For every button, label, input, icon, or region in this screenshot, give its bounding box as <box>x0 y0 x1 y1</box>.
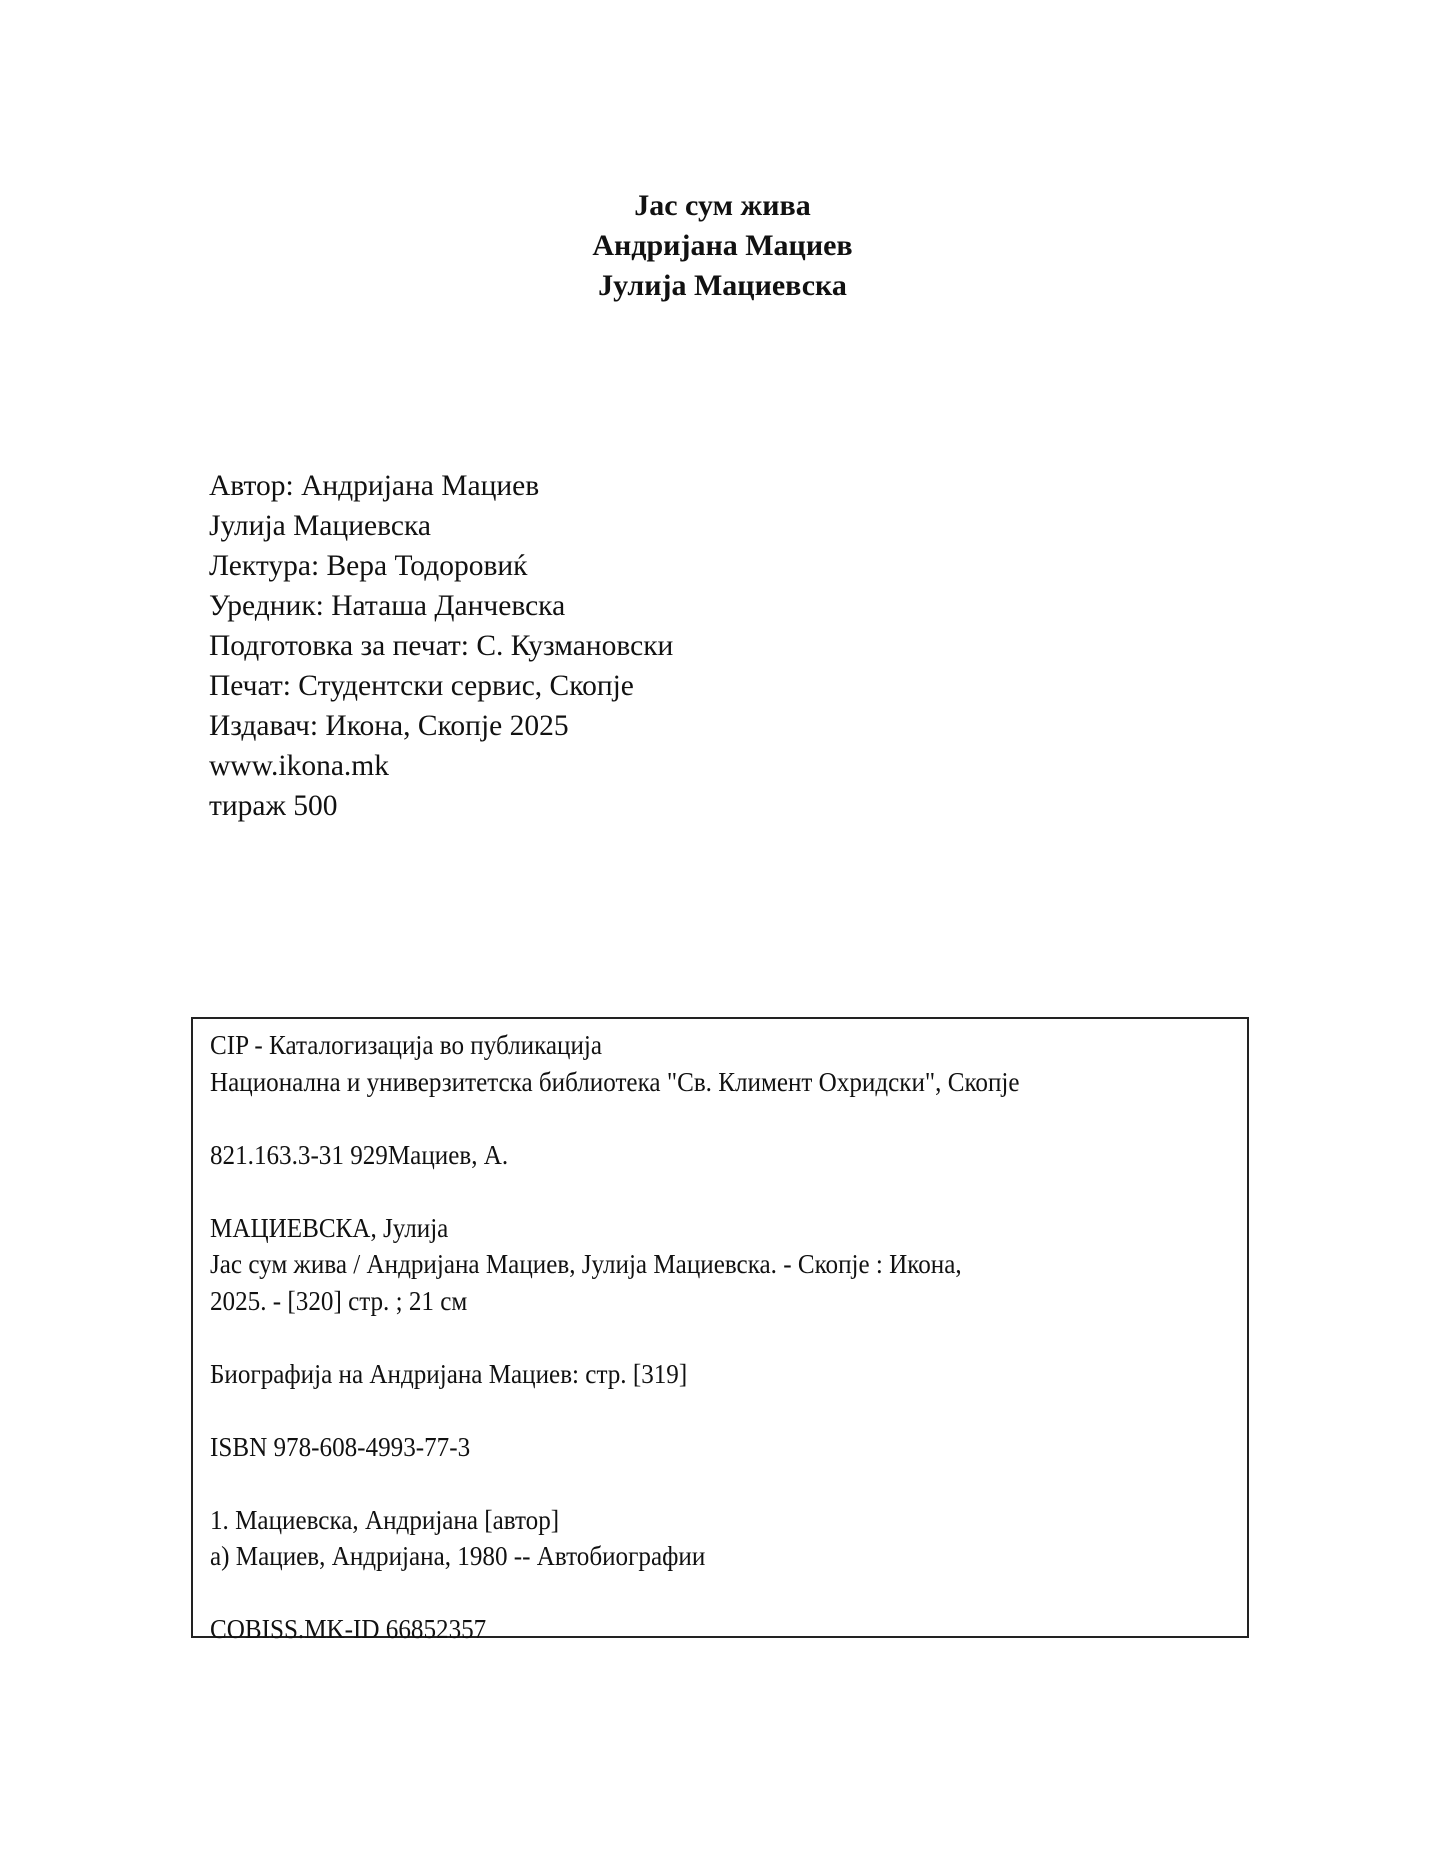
spacer <box>210 1575 1020 1612</box>
cip-isbn: ISBN 978-608-4993-77-3 <box>210 1429 1020 1466</box>
spacer <box>210 1100 1020 1137</box>
cip-description-1: Јас сум жива / Андријана Мациев, Јулија … <box>210 1246 1020 1283</box>
cip-description-2: 2025. - [320] стр. ; 21 см <box>210 1283 1020 1320</box>
title-author-2: Јулија Мациевска <box>0 266 1445 306</box>
credit-prepress: Подготовка за печат: С. Кузмановски <box>209 626 673 666</box>
title-block: Јас сум жива Андријана Мациев Јулија Мац… <box>0 186 1445 306</box>
credit-publisher: Издавач: Икона, Скопје 2025 <box>209 706 673 746</box>
spacer <box>210 1173 1020 1210</box>
credit-coauthor: Јулија Мациевска <box>209 506 673 546</box>
credits-block: Автор: Андријана Мациев Јулија Мациевска… <box>209 466 673 826</box>
title-author-1: Андријана Мациев <box>0 226 1445 266</box>
book-title: Јас сум жива <box>0 186 1445 226</box>
cip-classification: 821.163.3-31 929Мациев, А. <box>210 1137 1020 1174</box>
cip-content: CIP - Каталогизација во публикација Наци… <box>210 1027 1020 1648</box>
spacer <box>210 1392 1020 1429</box>
cip-cobiss-id: COBISS.MK-ID 66852357 <box>210 1611 1020 1648</box>
spacer <box>210 1319 1020 1356</box>
cip-record-box: CIP - Каталогизација во публикација Наци… <box>191 1017 1249 1638</box>
cip-header-2: Национална и универзитетска библиотека "… <box>210 1064 1020 1101</box>
cip-main-entry: МАЦИЕВСКА, Јулија <box>210 1210 1020 1247</box>
credit-editor: Уредник: Наташа Данчевска <box>209 586 673 626</box>
cip-header-1: CIP - Каталогизација во публикација <box>210 1027 1020 1064</box>
credit-printing: Печат: Студентски сервис, Скопје <box>209 666 673 706</box>
credit-proofreading: Лектура: Вера Тодоровиќ <box>209 546 673 586</box>
credit-print-run: тираж 500 <box>209 786 673 826</box>
credit-author: Автор: Андријана Мациев <box>209 466 673 506</box>
cip-note: Биографија на Андријана Мациев: стр. [31… <box>210 1356 1020 1393</box>
cip-subject: а) Мациев, Андријана, 1980 -- Автобиогра… <box>210 1538 1020 1575</box>
credit-website: www.ikona.mk <box>209 746 673 786</box>
cip-added-entry: 1. Мациевска, Андријана [автор] <box>210 1502 1020 1539</box>
spacer <box>210 1465 1020 1502</box>
